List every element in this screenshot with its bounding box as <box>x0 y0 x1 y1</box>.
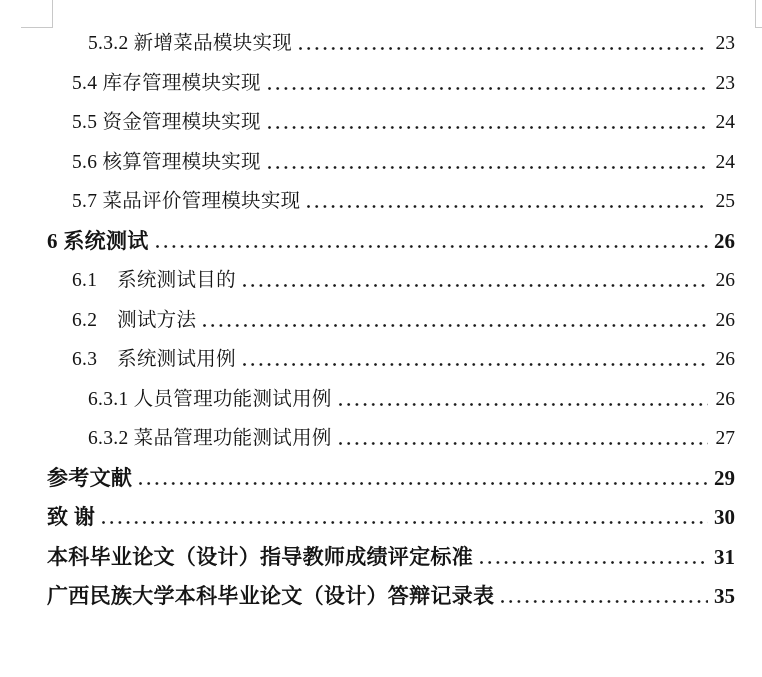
toc-entry[interactable]: 6 系统测试26 <box>0 222 762 262</box>
toc-entry-label: 6 系统测试 <box>47 222 149 262</box>
dot-leader <box>243 340 708 380</box>
page-number: 25 <box>711 182 735 222</box>
toc-entry-label: 广西民族大学本科毕业论文（设计）答辩记录表 <box>47 577 494 617</box>
page-number: 26 <box>711 340 735 380</box>
dot-leader <box>339 419 708 459</box>
toc-entry-label: 5.3.2 新增菜品模块实现 <box>88 24 292 64</box>
toc-entry[interactable]: 5.6 核算管理模块实现24 <box>0 143 762 183</box>
page-number: 26 <box>711 222 735 262</box>
dot-leader <box>203 301 708 341</box>
page-number: 26 <box>711 380 735 420</box>
toc-entry-label: 6.2 测试方法 <box>72 301 196 341</box>
dot-leader <box>268 143 708 183</box>
toc-entry-label: 6.3.2 菜品管理功能测试用例 <box>88 419 332 459</box>
toc-entry-label: 6.3.1 人员管理功能测试用例 <box>88 380 332 420</box>
page-number: 26 <box>711 261 735 301</box>
dot-leader <box>102 498 708 538</box>
toc-entry-label: 6.3 系统测试用例 <box>72 340 236 380</box>
dot-leader <box>299 24 708 64</box>
toc-entry[interactable]: 致 谢30 <box>0 498 762 538</box>
toc-entry[interactable]: 本科毕业论文（设计）指导教师成绩评定标准31 <box>0 538 762 578</box>
page-number: 24 <box>711 103 735 143</box>
document-page: 5.3.2 新增菜品模块实现235.4 库存管理模块实现235.5 资金管理模块… <box>0 0 762 677</box>
toc-entry-label: 致 谢 <box>47 498 95 538</box>
toc-entry-label: 参考文献 <box>47 459 132 499</box>
toc-entry-label: 5.6 核算管理模块实现 <box>72 143 261 183</box>
toc-entry[interactable]: 5.3.2 新增菜品模块实现23 <box>0 24 762 64</box>
toc-entry-label: 5.4 库存管理模块实现 <box>72 64 261 104</box>
toc-entry-label: 5.7 菜品评价管理模块实现 <box>72 182 300 222</box>
page-number: 30 <box>711 498 735 538</box>
toc-entry[interactable]: 参考文献29 <box>0 459 762 499</box>
page-number: 31 <box>711 538 735 578</box>
page-number: 26 <box>711 301 735 341</box>
toc-entry-label: 6.1 系统测试目的 <box>72 261 236 301</box>
page-number: 35 <box>711 577 735 617</box>
dot-leader <box>339 380 708 420</box>
toc-entry[interactable]: 5.5 资金管理模块实现24 <box>0 103 762 143</box>
page-number: 29 <box>711 459 735 499</box>
page-number: 23 <box>711 24 735 64</box>
dot-leader <box>307 182 708 222</box>
toc-entry[interactable]: 6.3 系统测试用例26 <box>0 340 762 380</box>
dot-leader <box>139 459 708 499</box>
toc-entry[interactable]: 5.7 菜品评价管理模块实现25 <box>0 182 762 222</box>
toc-entry[interactable]: 6.1 系统测试目的26 <box>0 261 762 301</box>
toc-entry[interactable]: 广西民族大学本科毕业论文（设计）答辩记录表35 <box>0 577 762 617</box>
page-number: 24 <box>711 143 735 183</box>
page-number: 23 <box>711 64 735 104</box>
dot-leader <box>156 222 708 262</box>
toc-entry[interactable]: 6.3.1 人员管理功能测试用例26 <box>0 380 762 420</box>
dot-leader <box>268 64 708 104</box>
toc-entry[interactable]: 5.4 库存管理模块实现23 <box>0 64 762 104</box>
dot-leader <box>501 577 708 617</box>
toc-entry-label: 5.5 资金管理模块实现 <box>72 103 261 143</box>
dot-leader <box>268 103 708 143</box>
toc-entry[interactable]: 6.2 测试方法26 <box>0 301 762 341</box>
page-number: 27 <box>711 419 735 459</box>
table-of-contents: 5.3.2 新增菜品模块实现235.4 库存管理模块实现235.5 资金管理模块… <box>0 0 762 617</box>
toc-entry[interactable]: 6.3.2 菜品管理功能测试用例27 <box>0 419 762 459</box>
toc-entry-label: 本科毕业论文（设计）指导教师成绩评定标准 <box>47 538 473 578</box>
dot-leader <box>243 261 708 301</box>
dot-leader <box>480 538 708 578</box>
